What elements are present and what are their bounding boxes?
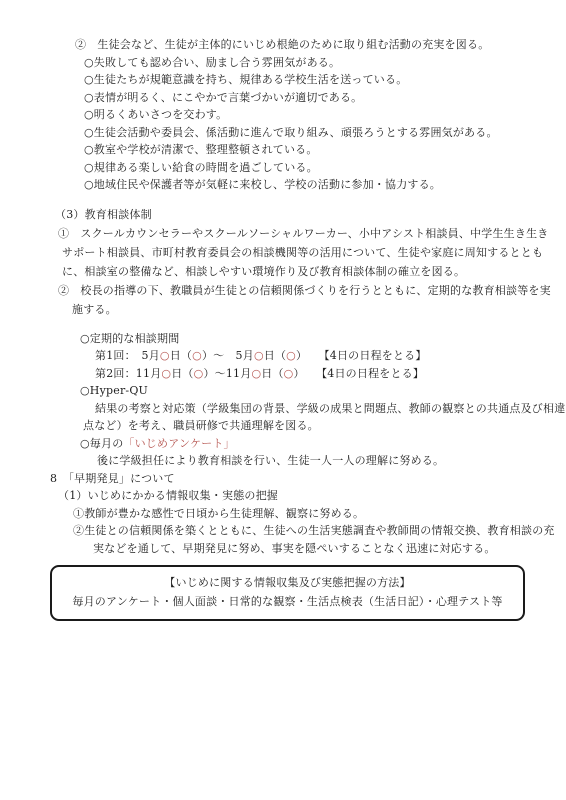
doc-line: 施する。 xyxy=(0,300,566,319)
doc-text: ○地域住民や保護者等が気軽に来校し、学校の活動に参加・協力する。 xyxy=(84,178,441,191)
doc-text: 第1回： 5月 xyxy=(95,349,160,362)
doc-line: ○Hyper-QU xyxy=(0,382,566,400)
doc-text: ○教室や学校が清潔で、整理整頓されている。 xyxy=(84,143,318,156)
doc-text: ○生徒たちが規範意識を持ち、規律ある学校生活を送っている。 xyxy=(84,73,407,86)
doc-text: ○失敗しても認め合い、励まし合う雰囲気がある。 xyxy=(84,56,340,69)
doc-text-red: 「いじめアンケート」 xyxy=(123,437,234,450)
doc-text-red: ○ xyxy=(254,349,264,362)
doc-text: ○毎月の xyxy=(80,437,123,450)
doc-text: ○規律ある楽しい給食の時間を過ごしている。 xyxy=(84,161,318,174)
doc-text: ② 生徒会など、生徒が主体的にいじめ根絶のために取り組む活動の充実を図る。 xyxy=(75,38,489,51)
doc-line: ○地域住民や保護者等が気軽に来校し、学校の活動に参加・協力する。 xyxy=(0,176,566,194)
doc-line: ① スクールカウンセラーやスクールソーシャルワーカー、小中アシスト相談員、中学生… xyxy=(0,224,566,243)
doc-line: ○失敗しても認め合い、励まし合う雰囲気がある。 xyxy=(0,54,566,72)
doc-line: （1）いじめにかかる情報収集・実態の把握 xyxy=(0,487,566,505)
note-box-body: 毎月のアンケート・個人面談・日常的な観察・生活点検表（生活日記）・心理テスト等 xyxy=(52,592,523,611)
doc-text: ①教師が豊かな感性で日頃から生徒理解、観察に努める。 xyxy=(73,507,364,520)
doc-text: 8 「早期発見」について xyxy=(50,472,175,485)
doc-line: （3）教育相談体制 xyxy=(0,205,566,224)
doc-line: 結果の考察と対応策（学級集団の背景、学級の成果と問題点、教師の観察との共通点及び… xyxy=(0,400,566,418)
doc-text: ②生徒との信頼関係を築くとともに、生徒への生活実態調査や教師間の情報交換、教育相… xyxy=(73,524,555,537)
doc-text: 結果の考察と対応策（学級集団の背景、学級の成果と問題点、教師の観察との共通点及び… xyxy=(95,402,565,415)
doc-line: 実などを通して、早期発見に努め、事実を隠ぺいすることなく迅速に対応する。 xyxy=(0,540,566,558)
note-box-title: 【いじめに関する情報収集及び実態把握の方法】 xyxy=(52,573,523,592)
doc-text: 点など）を考え、職員研修で共通理解を図る。 xyxy=(83,419,319,432)
doc-line: ○教室や学校が清潔で、整理整頓されている。 xyxy=(0,141,566,159)
doc-line: 後に学級担任により教育相談を行い、生徒一人一人の理解に努める。 xyxy=(0,452,566,470)
doc-text: に、相談室の整備など、相談しやすい環境作り及び教育相談体制の確立を図る。 xyxy=(62,265,465,278)
doc-text: ② 校長の指導の下、教職員が生徒との信頼関係づくりを行うとともに、定期的な教育相… xyxy=(58,284,551,297)
doc-text: ○生徒会活動や委員会、係活動に進んで取り組み、頑張ろうとする雰囲気がある。 xyxy=(84,126,498,139)
doc-text-red: ○ xyxy=(161,367,171,380)
doc-line: ①教師が豊かな感性で日頃から生徒理解、観察に努める。 xyxy=(0,505,566,523)
doc-line: サポート相談員、市町村教育委員会の相談機関等の活用について、生徒や家庭に周知する… xyxy=(0,243,566,262)
doc-text: ○表情が明るく、にこやかで言葉づかいが適切である。 xyxy=(84,91,362,104)
doc-text: ） 【4日の日程をとる】 xyxy=(293,367,424,380)
doc-line: ○明るくあいさつを交わす。 xyxy=(0,106,566,124)
doc-line: ○生徒会活動や委員会、係活動に進んで取り組み、頑張ろうとする雰囲気がある。 xyxy=(0,124,566,142)
doc-text-red: ○ xyxy=(194,367,204,380)
doc-line: 8 「早期発見」について xyxy=(0,470,566,488)
doc-text-red: ○ xyxy=(192,349,202,362)
doc-text: 実などを通して、早期発見に努め、事実を隠ぺいすることなく迅速に対応する。 xyxy=(93,542,496,555)
doc-text-red: ○ xyxy=(251,367,261,380)
doc-text: ○明るくあいさつを交わす。 xyxy=(84,108,227,121)
doc-line: ②生徒との信頼関係を築くとともに、生徒への生活実態調査や教師間の情報交換、教育相… xyxy=(0,522,566,540)
doc-text: （3）教育相談体制 xyxy=(55,208,152,221)
doc-line: 点など）を考え、職員研修で共通理解を図る。 xyxy=(0,417,566,435)
doc-line: ② 校長の指導の下、教職員が生徒との信頼関係づくりを行うとともに、定期的な教育相… xyxy=(0,281,566,300)
doc-line: に、相談室の整備など、相談しやすい環境作り及び教育相談体制の確立を図る。 xyxy=(0,262,566,281)
doc-text-red: ○ xyxy=(160,349,170,362)
doc-line: 第2回：11月○日（○）～11月○日（○） 【4日の日程をとる】 xyxy=(0,365,566,383)
doc-text: ）～ 5月 xyxy=(202,349,254,362)
doc-text: ） 【4日の日程をとる】 xyxy=(296,349,427,362)
doc-text: 日（ xyxy=(171,367,193,380)
document-page: ② 生徒会など、生徒が主体的にいじめ根絶のために取り組む活動の充実を図る。○失敗… xyxy=(0,0,566,800)
doc-line: ○生徒たちが規範意識を持ち、規律ある学校生活を送っている。 xyxy=(0,71,566,89)
doc-text-red: ○ xyxy=(286,349,296,362)
doc-text: 日（ xyxy=(261,367,283,380)
doc-line: ○定期的な相談期間 xyxy=(0,330,566,348)
doc-text: 第2回：11月 xyxy=(95,367,161,380)
doc-line: ○規律ある楽しい給食の時間を過ごしている。 xyxy=(0,159,566,177)
doc-text: ① スクールカウンセラーやスクールソーシャルワーカー、小中アシスト相談員、中学生… xyxy=(58,227,549,240)
doc-text-red: ○ xyxy=(284,367,294,380)
doc-text: ○Hyper-QU xyxy=(80,384,148,397)
doc-text: 後に学級担任により教育相談を行い、生徒一人一人の理解に努める。 xyxy=(97,454,444,467)
doc-text: サポート相談員、市町村教育委員会の相談機関等の活用について、生徒や家庭に周知する… xyxy=(62,246,543,259)
doc-text: ○定期的な相談期間 xyxy=(80,332,179,345)
doc-line: ○毎月の「いじめアンケート」 xyxy=(0,435,566,453)
doc-line: ○表情が明るく、にこやかで言葉づかいが適切である。 xyxy=(0,89,566,107)
doc-text: （1）いじめにかかる情報収集・実態の把握 xyxy=(58,489,278,502)
document-body: ② 生徒会など、生徒が主体的にいじめ根絶のために取り組む活動の充実を図る。○失敗… xyxy=(0,0,566,557)
doc-text: 施する。 xyxy=(72,303,117,316)
doc-line: ② 生徒会など、生徒が主体的にいじめ根絶のために取り組む活動の充実を図る。 xyxy=(0,36,566,54)
doc-text: 日（ xyxy=(264,349,286,362)
doc-line: 第1回： 5月○日（○）～ 5月○日（○） 【4日の日程をとる】 xyxy=(0,347,566,365)
doc-text: ）～11月 xyxy=(203,367,251,380)
note-box: 【いじめに関する情報収集及び実態把握の方法】 毎月のアンケート・個人面談・日常的… xyxy=(50,565,525,621)
doc-text: 日（ xyxy=(170,349,192,362)
